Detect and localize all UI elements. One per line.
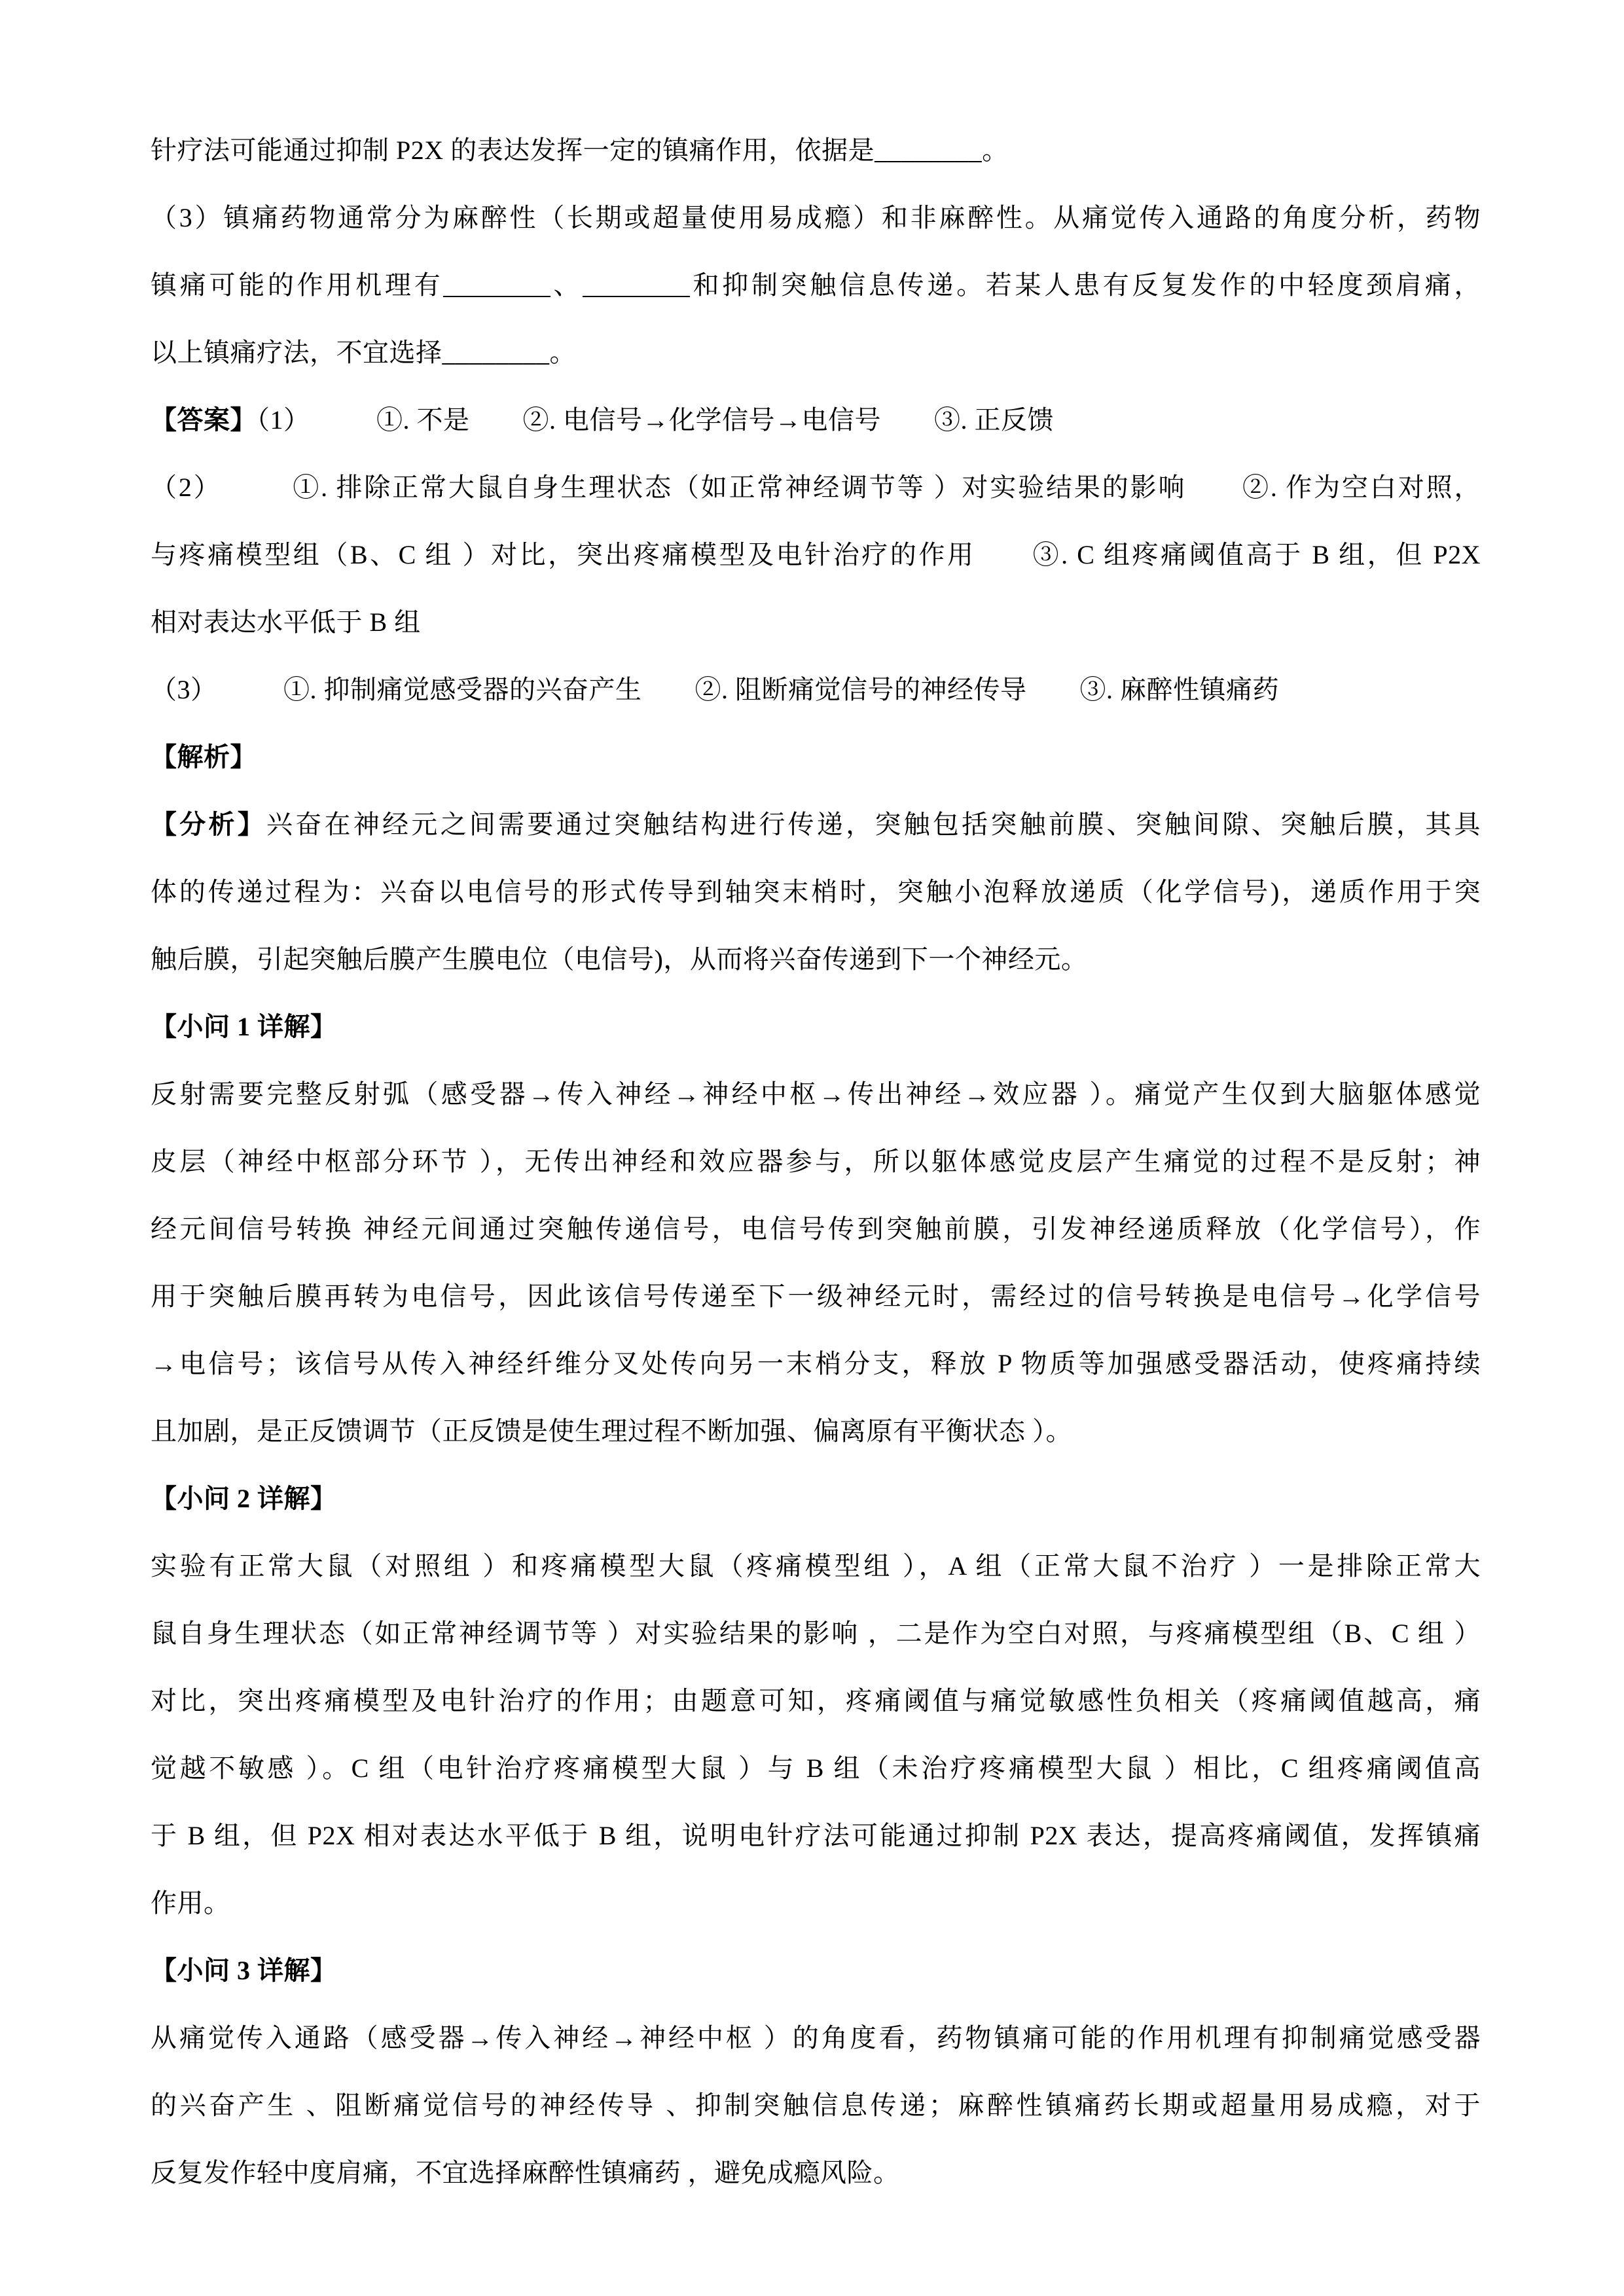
text-segment: 以上镇痛疗法，不宜选择________。: [151, 338, 576, 367]
text-segment: 针疗法可能通过抑制 P2X 的表达发挥一定的镇痛作用，依据是________。: [151, 135, 1009, 165]
document-line: 针疗法可能通过抑制 P2X 的表达发挥一定的镇痛作用，依据是________。: [151, 117, 1481, 184]
document-line: 以上镇痛疗法，不宜选择________。: [151, 319, 1481, 386]
document-line: 于 B 组，但 P2X 相对表达水平低于 B 组，说明电针疗法可能通过抑制 P2…: [151, 1802, 1481, 1869]
document-line: 【答案】（1） ①. 不是 ②. 电信号→化学信号→电信号 ③. 正反馈: [151, 386, 1481, 454]
text-segment: （3） ①. 抑制痛觉感受器的兴奋产生 ②. 阻断痛觉信号的神经传导 ③. 麻醉…: [151, 675, 1279, 704]
document-line: 且加剧，是正反馈调节（正反馈是使生理过程不断加强、偏离原有平衡状态 ）。: [151, 1397, 1481, 1465]
text-segment: 实验有正常大鼠（对照组 ）和疼痛模型大鼠（疼痛模型组 ），A 组（正常大鼠不治疗…: [151, 1551, 1481, 1581]
text-segment: 觉越不敏感 ）。C 组（电针治疗疼痛模型大鼠 ）与 B 组（未治疗疼痛模型大鼠 …: [151, 1753, 1481, 1783]
text-segment: 兴奋在神经元之间需要通过突触结构进行传递，突触包括突触前膜、突触间隙、突触后膜，…: [266, 810, 1481, 839]
text-segment: （1） ①. 不是 ②. 电信号→化学信号→电信号 ③. 正反馈: [257, 405, 1054, 435]
document-line: 【解析】: [151, 723, 1481, 791]
document-line: 经元间信号转换 神经元间通过突触传递信号，电信号传到突触前膜，引发神经递质释放（…: [151, 1195, 1481, 1263]
text-segment: 于 B 组，但 P2X 相对表达水平低于 B 组，说明电针疗法可能通过抑制 P2…: [151, 1821, 1481, 1850]
text-segment: 触后膜，引起突触后膜产生膜电位（电信号)，从而将兴奋传递到下一个神经元。: [151, 944, 1087, 974]
document-line: 【小问 2 详解】: [151, 1465, 1481, 1532]
document-line: 从痛觉传入通路（感受器→传入神经→神经中枢 ）的角度看，药物镇痛可能的作用机理有…: [151, 2004, 1481, 2072]
text-segment: （2） ①. 排除正常大鼠自身生理状态（如正常神经调节等 ）对实验结果的影响 ②…: [151, 473, 1481, 502]
document-line: 【小问 1 详解】: [151, 993, 1481, 1060]
text-segment: 的兴奋产生 、阻断痛觉信号的神经传导 、抑制突触信息传递；麻醉性镇痛药长期或超量…: [151, 2090, 1481, 2120]
text-segment: 反射需要完整反射弧（感受器→传入神经→神经中枢→传出神经→效应器 ）。痛觉产生仅…: [151, 1079, 1481, 1109]
document-line: 作用。: [151, 1869, 1481, 1937]
section-label: 【小问 1 详解】: [151, 1012, 337, 1041]
text-segment: 反复发作轻中度肩痛，不宜选择麻醉性镇痛药 ，避免成瘾风险。: [151, 2158, 900, 2187]
document-line: 反射需要完整反射弧（感受器→传入神经→神经中枢→传出神经→效应器 ）。痛觉产生仅…: [151, 1060, 1481, 1128]
document-line: 实验有正常大鼠（对照组 ）和疼痛模型大鼠（疼痛模型组 ），A 组（正常大鼠不治疗…: [151, 1532, 1481, 1600]
section-label: 【解析】: [151, 742, 257, 772]
document-line: 用于突触后膜再转为电信号，因此该信号传递至下一级神经元时，需经过的信号转换是电信…: [151, 1263, 1481, 1330]
document-line: 皮层（神经中枢部分环节 ），无传出神经和效应器参与，所以躯体感觉皮层产生痛觉的过…: [151, 1128, 1481, 1195]
document-line: 相对表达水平低于 B 组: [151, 588, 1481, 656]
text-segment: 用于突触后膜再转为电信号，因此该信号传递至下一级神经元时，需经过的信号转换是电信…: [151, 1282, 1481, 1311]
document-line: 对比，突出疼痛模型及电针治疗的作用；由题意可知，疼痛阈值与痛觉敏感性负相关（疼痛…: [151, 1667, 1481, 1734]
document-line: 觉越不敏感 ）。C 组（电针治疗疼痛模型大鼠 ）与 B 组（未治疗疼痛模型大鼠 …: [151, 1734, 1481, 1802]
text-segment: 鼠自身生理状态（如正常神经调节等 ）对实验结果的影响 ，二是作为空白对照，与疼痛…: [151, 1619, 1481, 1648]
document-line: 体的传递过程为：兴奋以电信号的形式传导到轴突末梢时，突触小泡释放递质（化学信号)…: [151, 858, 1481, 925]
document-line: 触后膜，引起突触后膜产生膜电位（电信号)，从而将兴奋传递到下一个神经元。: [151, 925, 1481, 993]
text-segment: 从痛觉传入通路（感受器→传入神经→神经中枢 ）的角度看，药物镇痛可能的作用机理有…: [151, 2023, 1481, 2053]
section-label: 【小问 3 详解】: [151, 1956, 337, 1985]
text-segment: 对比，突出疼痛模型及电针治疗的作用；由题意可知，疼痛阈值与痛觉敏感性负相关（疼痛…: [151, 1686, 1481, 1715]
document-content: 针疗法可能通过抑制 P2X 的表达发挥一定的镇痛作用，依据是________。（…: [151, 117, 1481, 2206]
text-segment: →电信号；该信号从传入神经纤维分叉处传向另一末梢分支，释放 P 物质等加强感受器…: [151, 1349, 1481, 1378]
document-line: （2） ①. 排除正常大鼠自身生理状态（如正常神经调节等 ）对实验结果的影响 ②…: [151, 454, 1481, 521]
document-line: 的兴奋产生 、阻断痛觉信号的神经传导 、抑制突触信息传递；麻醉性镇痛药长期或超量…: [151, 2072, 1481, 2139]
document-line: 镇痛可能的作用机理有________、________和抑制突触信息传递。若某人…: [151, 251, 1481, 319]
document-line: （3） ①. 抑制痛觉感受器的兴奋产生 ②. 阻断痛觉信号的神经传导 ③. 麻醉…: [151, 656, 1481, 723]
text-segment: 相对表达水平低于 B 组: [151, 607, 421, 637]
document-line: 【分析】兴奋在神经元之间需要通过突触结构进行传递，突触包括突触前膜、突触间隙、突…: [151, 791, 1481, 858]
document-page: 针疗法可能通过抑制 P2X 的表达发挥一定的镇痛作用，依据是________。（…: [0, 0, 1624, 2296]
section-label: 【答案】: [151, 405, 257, 435]
document-line: 反复发作轻中度肩痛，不宜选择麻醉性镇痛药 ，避免成瘾风险。: [151, 2139, 1481, 2206]
section-label: 【小问 2 详解】: [151, 1484, 337, 1513]
section-label: 【分析】: [151, 810, 266, 839]
text-segment: 皮层（神经中枢部分环节 ），无传出神经和效应器参与，所以躯体感觉皮层产生痛觉的过…: [151, 1147, 1481, 1176]
text-segment: 作用。: [151, 1888, 230, 1918]
text-segment: 体的传递过程为：兴奋以电信号的形式传导到轴突末梢时，突触小泡释放递质（化学信号)…: [151, 877, 1481, 906]
text-segment: （3）镇痛药物通常分为麻醉性（长期或超量使用易成瘾）和非麻醉性。从痛觉传入通路的…: [151, 203, 1481, 232]
document-line: （3）镇痛药物通常分为麻醉性（长期或超量使用易成瘾）和非麻醉性。从痛觉传入通路的…: [151, 184, 1481, 251]
document-line: 【小问 3 详解】: [151, 1937, 1481, 2004]
text-segment: 且加剧，是正反馈调节（正反馈是使生理过程不断加强、偏离原有平衡状态 ）。: [151, 1416, 1072, 1446]
text-segment: 镇痛可能的作用机理有________、________和抑制突触信息传递。若某人…: [151, 270, 1481, 300]
document-line: 鼠自身生理状态（如正常神经调节等 ）对实验结果的影响 ，二是作为空白对照，与疼痛…: [151, 1600, 1481, 1667]
document-line: 与疼痛模型组（B、C 组 ）对比，突出疼痛模型及电针治疗的作用 ③. C 组疼痛…: [151, 521, 1481, 588]
text-segment: 经元间信号转换 神经元间通过突触传递信号，电信号传到突触前膜，引发神经递质释放（…: [151, 1214, 1481, 1244]
text-segment: 与疼痛模型组（B、C 组 ）对比，突出疼痛模型及电针治疗的作用 ③. C 组疼痛…: [151, 540, 1481, 569]
document-line: →电信号；该信号从传入神经纤维分叉处传向另一末梢分支，释放 P 物质等加强感受器…: [151, 1330, 1481, 1397]
